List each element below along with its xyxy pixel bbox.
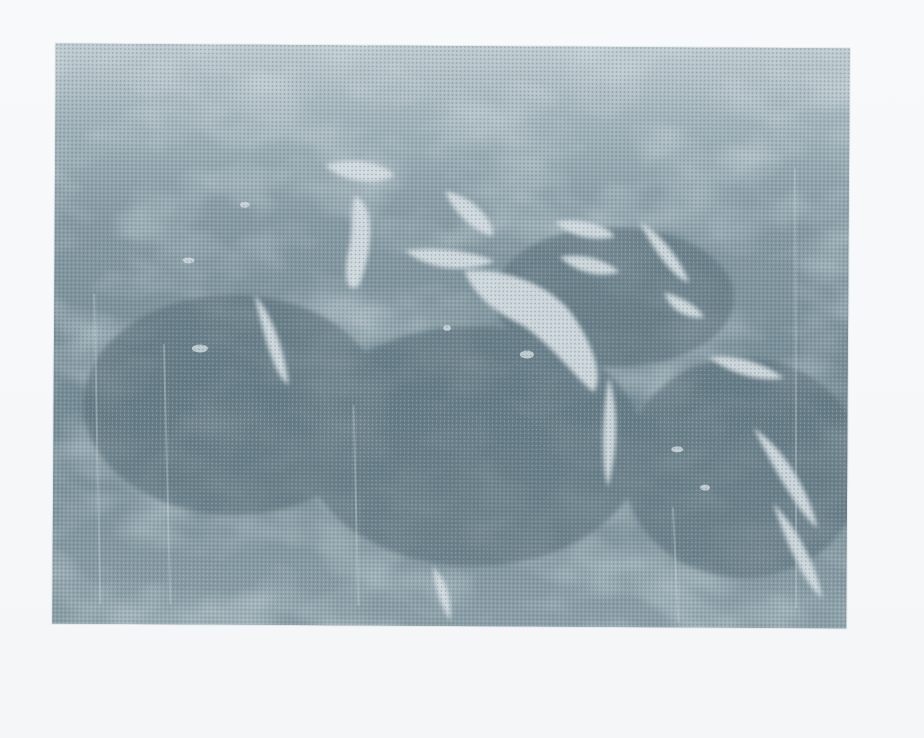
halftone-photograph — [52, 44, 850, 629]
scanned-page — [0, 0, 924, 738]
foliage-image — [52, 44, 850, 629]
